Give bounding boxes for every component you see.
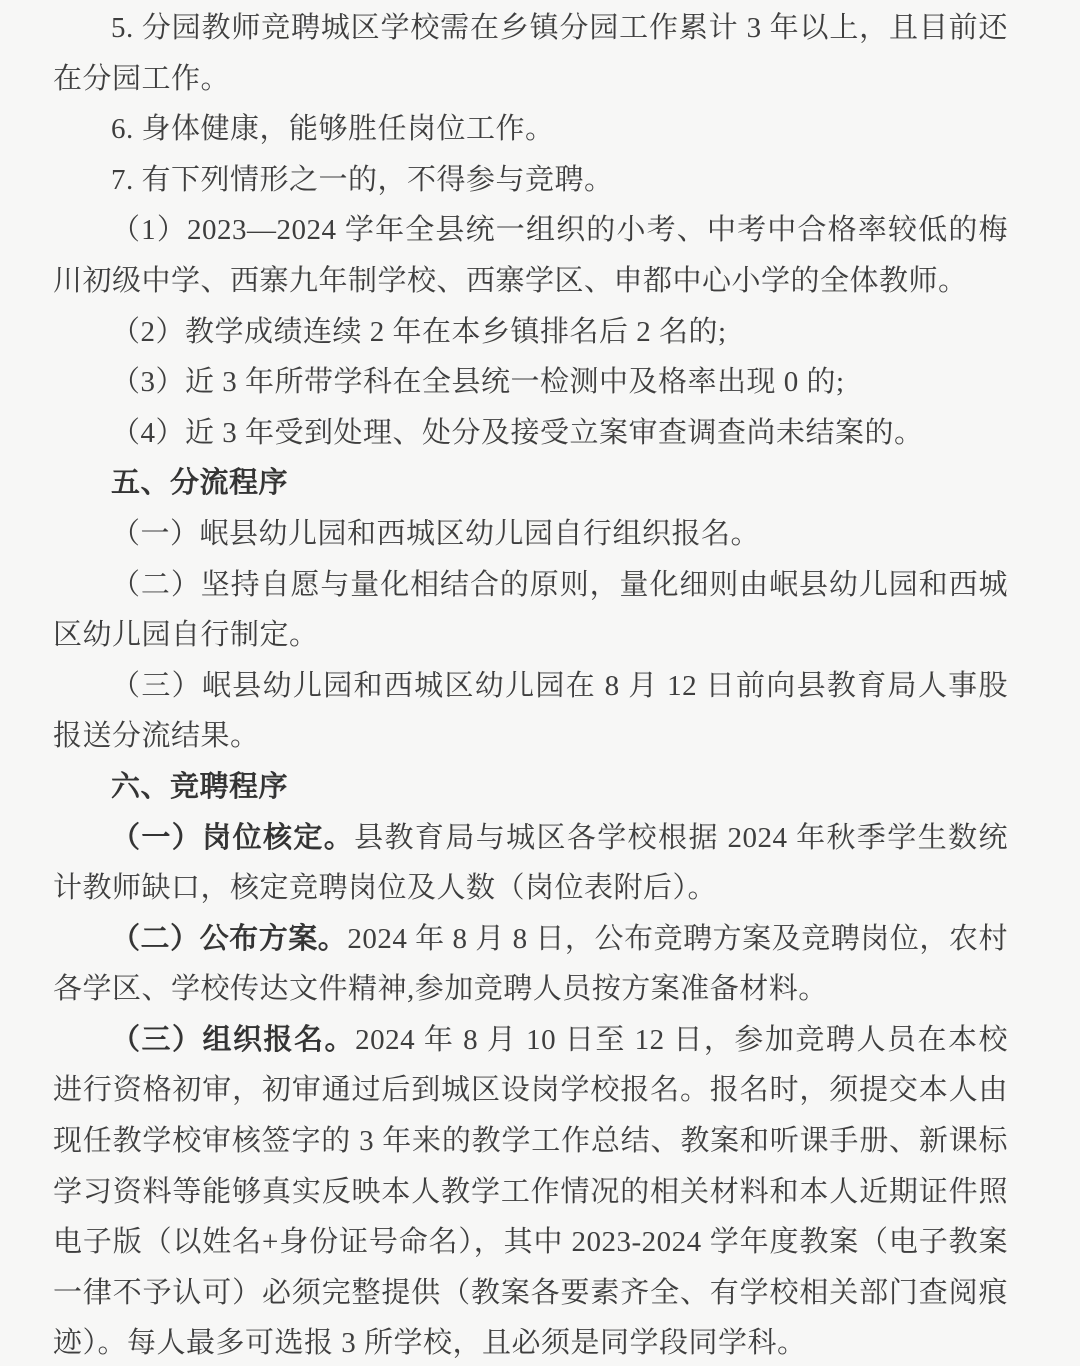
paragraph: （4）近 3 年受到处理、处分及接受立案审查调查尚未结案的。 (53, 408, 1008, 459)
text-run: （一）岷县幼儿园和西城区幼儿园自行组织报名。 (111, 518, 760, 550)
bold-text-run: （三）组织报名。 (111, 1024, 355, 1056)
paragraph: 5. 分园教师竞聘城区学校需在乡镇分园工作累计 3 年以上，且目前还在分园工作。 (53, 3, 1008, 104)
document-body: 5. 分园教师竞聘城区学校需在乡镇分园工作累计 3 年以上，且目前还在分园工作。… (53, 3, 1008, 1366)
text-run: 5. 分园教师竞聘城区学校需在乡镇分园工作累计 3 年以上，且目前还在分园工作。 (53, 12, 1008, 95)
paragraph: （三）岷县幼儿园和西城区幼儿园在 8 月 12 日前向县教育局人事股报送分流结果… (53, 661, 1008, 762)
section-heading: 五、分流程序 (53, 458, 1008, 509)
bold-text-run: （一）岗位核定。 (111, 822, 354, 854)
paragraph: （3）近 3 年所带学科在全县统一检测中及格率出现 0 的; (53, 357, 1008, 408)
text-run: （1）2023—2024 学年全县统一组织的小考、中考中合格率较低的梅川初级中学… (53, 214, 1008, 297)
text-run: （3）近 3 年所带学科在全县统一检测中及格率出现 0 的; (111, 366, 845, 398)
text-run: （4）近 3 年受到处理、处分及接受立案审查调查尚未结案的。 (111, 417, 924, 449)
bold-text-run: 五、分流程序 (111, 467, 288, 499)
text-run: 2024 年 8 月 10 日至 12 日，参加竞聘人员在本校进行资格初审，初审… (53, 1024, 1008, 1360)
text-run: 6. 身体健康，能够胜任岗位工作。 (111, 113, 555, 145)
paragraph: （二）坚持自愿与量化相结合的原则，量化细则由岷县幼儿园和西城区幼儿园自行制定。 (53, 560, 1008, 661)
text-run: （二）坚持自愿与量化相结合的原则，量化细则由岷县幼儿园和西城区幼儿园自行制定。 (53, 569, 1008, 652)
paragraph: （二）公布方案。2024 年 8 月 8 日，公布竞聘方案及竞聘岗位，农村各学区… (53, 914, 1008, 1015)
bold-text-run: 六、竞聘程序 (111, 771, 288, 803)
document-page: 5. 分园教师竞聘城区学校需在乡镇分园工作累计 3 年以上，且目前还在分园工作。… (0, 0, 1080, 1366)
paragraph: （一）岗位核定。县教育局与城区各学校根据 2024 年秋季学生数统计教师缺口，核… (53, 813, 1008, 914)
bold-text-run: （二）公布方案。 (111, 923, 347, 955)
paragraph: （一）岷县幼儿园和西城区幼儿园自行组织报名。 (53, 509, 1008, 560)
paragraph: （1）2023—2024 学年全县统一组织的小考、中考中合格率较低的梅川初级中学… (53, 205, 1008, 306)
text-run: 7. 有下列情形之一的，不得参与竞聘。 (111, 164, 614, 196)
text-run: （三）岷县幼儿园和西城区幼儿园在 8 月 12 日前向县教育局人事股报送分流结果… (53, 670, 1008, 753)
paragraph: （三）组织报名。2024 年 8 月 10 日至 12 日，参加竞聘人员在本校进… (53, 1015, 1008, 1366)
paragraph: 6. 身体健康，能够胜任岗位工作。 (53, 104, 1008, 155)
paragraph: 7. 有下列情形之一的，不得参与竞聘。 (53, 155, 1008, 206)
section-heading: 六、竞聘程序 (53, 762, 1008, 813)
text-run: （2）教学成绩连续 2 年在本乡镇排名后 2 名的; (111, 316, 727, 348)
paragraph: （2）教学成绩连续 2 年在本乡镇排名后 2 名的; (53, 307, 1008, 358)
